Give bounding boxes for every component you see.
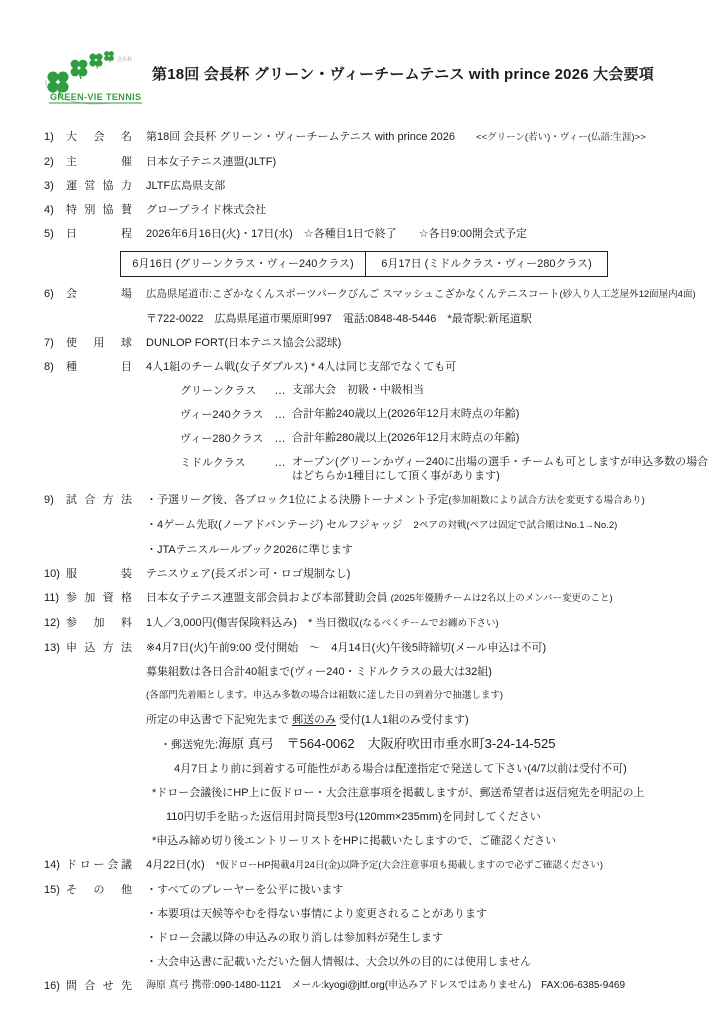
class-dots: … [268,384,292,398]
match-rule-2-note: 2ペアの対戦(ペアは固定で試合順はNo.1→No.2) [414,520,618,531]
eligibility-main: 日本女子テニス連盟支部会員および本部賛助会員 [146,592,391,604]
match-rule-1-note: (参加組数により試合方法を変更する場合あり) [448,495,644,506]
item-6-number: 6) [44,287,64,326]
item-14-row: 14) ドロー会議 4月22日(水) *仮ドローHP掲載4月24日(金)以降予定… [44,858,710,873]
item-4-row: 4) 特別協賛 グローブライド株式会社 [44,203,710,217]
item-3-number: 3) [44,179,64,193]
item-2-label: 主催 [66,155,132,169]
item-9-content: ・予選リーグ後、各ブロック1位による決勝トーナメント予定(参加組数により試合方法… [146,493,710,557]
item-2-number: 2) [44,155,64,169]
contact-info-text: 海原 真弓 携帯:090-1480-1121 メール:kyogi@jltf.or… [146,979,710,993]
match-rule-2-main: ・4ゲーム先取(ノーアドバンテージ) セルフジャッジ [146,519,414,531]
apply-capacity-line: 募集組数は各日合計40組まで(ヴィー240・ミドルクラスの最大は32組) [146,665,710,679]
item-15-number: 15) [44,883,64,969]
class-name-green: グリーンクラス [180,384,268,398]
class-row-green: グリーンクラス … 支部大会 初級・中級相当 [146,384,710,398]
item-11-row: 11) 参加資格 日本女子テニス連盟支部会員および本部賛助会員 (2025年優勝… [44,591,710,606]
apply-period-line: ※4月7日(火)午前9:00 受付開始 ～ 4月14日(火)午後5時締切(メール… [146,641,710,655]
tournament-name-note: <<グリーン(若い)・ヴィー(仏語:生涯)>> [476,132,646,143]
delivery-note-line: 4月7日より前に到着する可能性がある場合は配達指定で発送して下さい(4/7以前は… [146,762,710,776]
item-16-content: 海原 真弓 携帯:090-1480-1121 メール:kyogi@jltf.or… [146,979,710,993]
class-dots: … [268,408,292,422]
entry-list-note-line: *申込み締め切り後エントリーリストをHPに掲載いたしますので、ご確認ください [146,834,710,848]
tournament-name: 第18回 会長杯 グリーン・ヴィーチームテニス with prince 2026 [146,131,455,143]
venue-name: 広島県尾道市:こざかなくんスポーツパークびんご スマッシュこざかなくんテニスコー… [146,288,559,300]
item-1-row: 1) 大会名 第18回 会長杯 グリーン・ヴィーチームテニス with prin… [44,130,710,145]
item-13-row: 13) 申込方法 ※4月7日(火)午前9:00 受付開始 ～ 4月14日(火)午… [44,641,710,848]
item-2-row: 2) 主催 日本女子テニス連盟(JLTF) [44,155,710,169]
schedule-table: 6月16日 (グリーンクラス・ヴィー240クラス) 6月17日 (ミドルクラス・… [120,251,710,277]
class-row-vie240: ヴィー240クラス … 合計年齢240歳以上(2026年12月末時点の年齢) [146,408,710,422]
schedule-day1-cell: 6月16日 (グリーンクラス・ヴィー240クラス) [120,251,366,277]
item-11-label: 参加資格 [66,591,132,606]
eligibility-note: (2025年優勝チームは2名以上のメンバー変更のこと) [391,593,613,604]
ball-text: DUNLOP FORT(日本テニス協会公認球) [146,336,710,350]
sponsor-text: グローブライド株式会社 [146,203,710,217]
item-2-content: 日本女子テニス連盟(JLTF) [146,155,710,169]
item-15-row: 15) その他 ・すべてのプレーヤーを公平に扱います ・本要項は天候等やむを得な… [44,883,710,969]
item-16-label: 問合せ先 [66,979,132,993]
match-rule-3: ・JTAテニスルールブック2026に準じます [146,543,710,557]
item-14-number: 14) [44,858,64,873]
item-3-label: 運営協力 [66,179,132,193]
mailing-address-label: ・郵送宛先: [160,739,218,751]
entry-fee-note: (なるべくチームでお纏め下さい) [359,618,498,629]
green-vie-tennis-logo: 会長杯 GREEN-VIE TENNIS [44,50,148,106]
mailing-address-value: 海原 真弓 〒564-0062 大阪府吹田市垂水町3-24-14-525 [218,736,555,751]
schedule-day2-cell: 6月17日 (ミドルクラス・ヴィー280クラス) [366,251,608,277]
cooperation-text: JLTF広島県支部 [146,179,710,193]
item-3-content: JLTF広島県支部 [146,179,710,193]
class-desc-vie240: 合計年齢240歳以上(2026年12月末時点の年齢) [292,408,710,422]
page-title: 第18回 会長杯 グリーン・ヴィーチームテニス with prince 2026… [152,50,654,84]
organizer-text: 日本女子テニス連盟(JLTF) [146,155,710,169]
item-1-number: 1) [44,130,64,145]
class-desc-middle: オープン(グリーンかヴィー240に出場の選手・チームも可としますが申込多数の場合… [292,456,710,483]
item-15-label: その他 [66,883,132,969]
item-14-content: 4月22日(水) *仮ドローHP掲載4月24日(金)以降予定(大会注意事項も掲載… [146,858,710,873]
item-16-row: 16) 問合せ先 海原 真弓 携帯:090-1480-1121 メール:kyog… [44,979,710,993]
item-11-number: 11) [44,591,64,606]
other-note-1: ・すべてのプレーヤーを公平に扱います [146,883,710,897]
entry-fee-line: 1人／3,000円(傷害保険料込み) * 当日徴収(なるべくチームでお纏め下さい… [146,616,710,631]
class-desc-vie280: 合計年齢280歳以上(2026年12月末時点の年齢) [292,432,710,446]
item-14-label: ドロー会議 [66,858,132,873]
item-5-row: 5) 日程 2026年6月16日(火)・17日(水) ☆各種目1日で終了 ☆各日… [44,227,710,277]
document-header: 会長杯 GREEN-VIE TENNIS 第18回 会長杯 グリーン・ヴィーチー… [44,50,710,106]
venue-address: 〒722-0022 広島県尾道市栗原町997 電話:0848-48-5446 *… [146,312,710,326]
item-4-label: 特別協賛 [66,203,132,217]
item-7-label: 使用球 [66,336,132,350]
class-dots: … [268,432,292,446]
class-name-vie240: ヴィー240クラス [180,408,268,422]
item-8-number: 8) [44,360,64,483]
draw-meeting-note: *仮ドローHP掲載4月24日(金)以降予定(大会注意事項も掲載しますので必ずご確… [216,860,603,871]
item-16-number: 16) [44,979,64,993]
draw-meeting-line: 4月22日(水) *仮ドローHP掲載4月24日(金)以降予定(大会注意事項も掲載… [146,858,710,873]
class-dots: … [268,456,292,483]
return-envelope-line: 110円切手を貼った返信用封筒長型3号(120mm×235mm)を同封してくださ… [146,810,710,824]
item-4-number: 4) [44,203,64,217]
venue-court-note: (砂入り人工芝屋外12面屋内4面) [559,289,695,300]
item-1-content: 第18回 会長杯 グリーン・ヴィーチームテニス with prince 2026… [146,130,710,145]
item-10-content: テニスウェア(長ズボン可・ロゴ規制なし) [146,567,710,581]
match-rule-1-main: ・予選リーグ後、各ブロック1位による決勝トーナメント予定 [146,494,448,506]
item-10-label: 服装 [66,567,132,581]
other-note-4: ・大会申込書に記載いただいた個人情報は、大会以外の目的には使用しません [146,955,710,969]
mailing-address-line: ・郵送宛先:海原 真弓 〒564-0062 大阪府吹田市垂水町3-24-14-5… [146,737,710,752]
item-4-content: グローブライド株式会社 [146,203,710,217]
eligibility-line: 日本女子テニス連盟支部会員および本部賛助会員 (2025年優勝チームは2名以上の… [146,591,710,606]
item-9-number: 9) [44,493,64,557]
item-7-content: DUNLOP FORT(日本テニス協会公認球) [146,336,710,350]
apply-mail-pre: 所定の申込書で下記宛先まで [146,714,292,726]
clover-logo-icon: 会長杯 GREEN-VIE TENNIS [44,50,148,106]
item-8-row: 8) 種目 4人1組のチーム戦(女子ダブルス) * 4人は同じ支部でなくても可 … [44,360,710,483]
item-13-label: 申込方法 [66,641,132,848]
item-10-number: 10) [44,567,64,581]
apply-mail-only-underline: 郵送のみ [292,714,336,726]
item-8-content: 4人1組のチーム戦(女子ダブルス) * 4人は同じ支部でなくても可 グリーンクラ… [146,360,710,483]
item-3-row: 3) 運営協力 JLTF広島県支部 [44,179,710,193]
item-5-content: 2026年6月16日(火)・17日(水) ☆各種目1日で終了 ☆各日9:00開会… [146,227,710,277]
item-12-number: 12) [44,616,64,631]
item-13-content: ※4月7日(火)午前9:00 受付開始 ～ 4月14日(火)午後5時締切(メール… [146,641,710,848]
item-8-label: 種目 [66,360,132,483]
item-13-number: 13) [44,641,64,848]
item-6-content: 広島県尾道市:こざかなくんスポーツパークびんご スマッシュこざかなくんテニスコー… [146,287,710,326]
schedule-text: 2026年6月16日(火)・17日(水) ☆各種目1日で終了 ☆各日9:00開会… [146,227,710,241]
item-6-label: 会場 [66,287,132,326]
item-12-content: 1人／3,000円(傷害保険料込み) * 当日徴収(なるべくチームでお纏め下さい… [146,616,710,631]
item-7-row: 7) 使用球 DUNLOP FORT(日本テニス協会公認球) [44,336,710,350]
draw-posting-note-line: *ドロー会議後にHP上に仮ドロー・大会注意事項を掲載しますが、郵送希望者は返信宛… [146,786,710,800]
item-12-label: 参加料 [66,616,132,631]
tournament-name-line: 第18回 会長杯 グリーン・ヴィーチームテニス with prince 2026… [146,130,710,145]
match-rule-2: ・4ゲーム先取(ノーアドバンテージ) セルフジャッジ 2ペアの対戦(ペアは固定で… [146,518,710,533]
logo-small-label: 会長杯 [117,56,133,63]
item-6-row: 6) 会場 広島県尾道市:こざかなくんスポーツパークびんご スマッシュこざかなく… [44,287,710,326]
dress-code-text: テニスウェア(長ズボン可・ロゴ規制なし) [146,567,710,581]
item-9-label: 試合方法 [66,493,132,557]
class-row-middle: ミドルクラス … オープン(グリーンかヴィー240に出場の選手・チームも可としま… [146,456,710,483]
item-5-number: 5) [44,227,64,277]
item-10-row: 10) 服装 テニスウェア(長ズボン可・ロゴ規制なし) [44,567,710,581]
class-row-vie280: ヴィー280クラス … 合計年齢280歳以上(2026年12月末時点の年齢) [146,432,710,446]
logo-name-text: GREEN-VIE TENNIS [50,92,141,102]
match-rule-1: ・予選リーグ後、各ブロック1位による決勝トーナメント予定(参加組数により試合方法… [146,493,710,508]
item-1-label: 大会名 [66,130,132,145]
event-format-text: 4人1組のチーム戦(女子ダブルス) * 4人は同じ支部でなくても可 [146,360,710,374]
other-note-3: ・ドロー会議以降の申込みの取り消しは参加料が発生します [146,931,710,945]
item-15-content: ・すべてのプレーヤーを公平に扱います ・本要項は天候等やむを得ない事情により変更… [146,883,710,969]
class-name-middle: ミドルクラス [180,456,268,483]
item-9-row: 9) 試合方法 ・予選リーグ後、各ブロック1位による決勝トーナメント予定(参加組… [44,493,710,557]
class-name-vie280: ヴィー280クラス [180,432,268,446]
apply-mail-post: 受付(1人1組のみ受付ます) [336,714,469,726]
item-11-content: 日本女子テニス連盟支部会員および本部賛助会員 (2025年優勝チームは2名以上の… [146,591,710,606]
apply-mail-only-line: 所定の申込書で下記宛先まで 郵送のみ 受付(1人1組のみ受付ます) [146,713,710,727]
item-7-number: 7) [44,336,64,350]
other-note-2: ・本要項は天候等やむを得ない事情により変更されることがあります [146,907,710,921]
entry-fee-main: 1人／3,000円(傷害保険料込み) * 当日徴収 [146,617,359,629]
document-page: 会長杯 GREEN-VIE TENNIS 第18回 会長杯 グリーン・ヴィーチー… [0,0,724,1024]
item-12-row: 12) 参加料 1人／3,000円(傷害保険料込み) * 当日徴収(なるべくチー… [44,616,710,631]
apply-order-note: (各部門先着順とします。申込み多数の場合は組数に達した日の到着分で抽選します) [146,689,710,703]
draw-meeting-date: 4月22日(水) [146,859,216,871]
venue-line: 広島県尾道市:こざかなくんスポーツパークびんご スマッシュこざかなくんテニスコー… [146,287,710,302]
class-desc-green: 支部大会 初級・中級相当 [292,384,710,398]
